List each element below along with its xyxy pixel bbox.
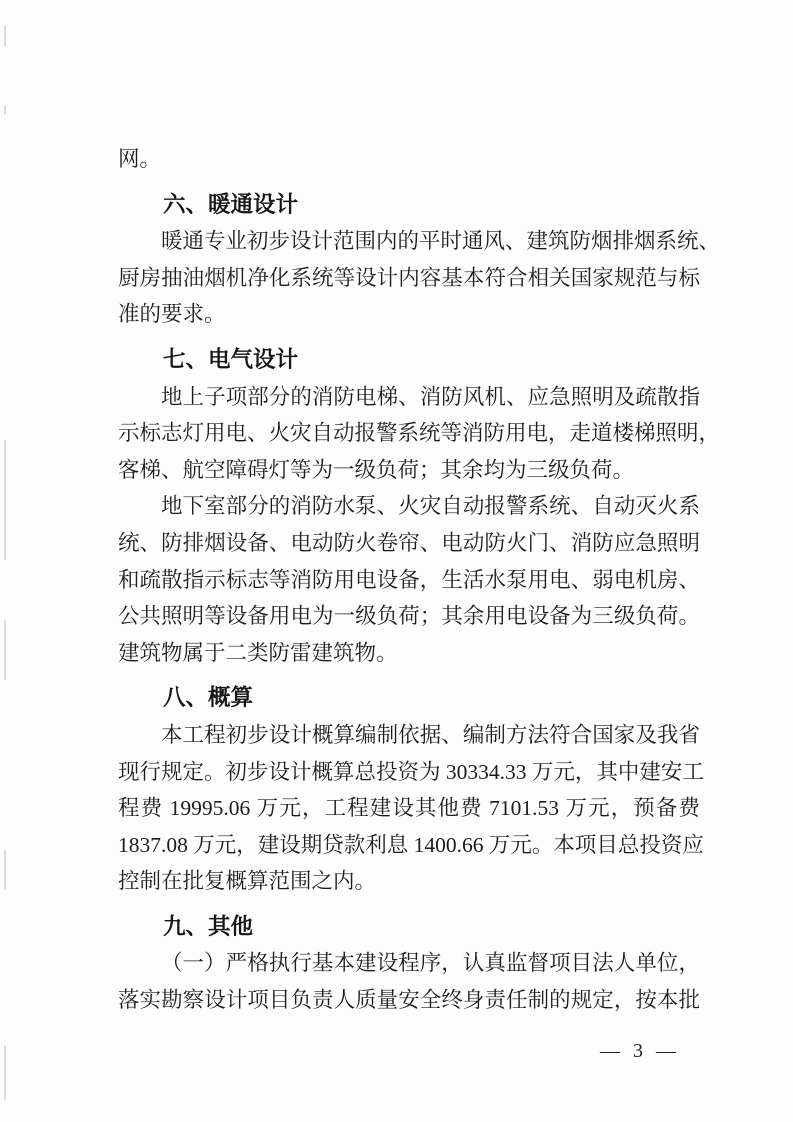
text-content: 网。 六、暖通设计 暖通专业初步设计范围内的平时通风、建筑防烟排烟系统、 厨房抽…	[118, 141, 700, 1019]
text-line: 本工程初步设计概算编制依据、编制方法符合国家及我省	[118, 717, 700, 754]
section-heading-estimate: 八、概算	[118, 680, 700, 717]
scan-artifacts	[4, 10, 8, 1100]
text-line: 1837.08 万元，建设期贷款利息 1400.66 万元。本项目总投资应	[118, 827, 700, 864]
paragraph: （一）严格执行基本建设程序，认真监督项目法人单位， 落实勘察设计项目负责人质量安…	[118, 945, 700, 1018]
text-line: 落实勘察设计项目负责人质量安全终身责任制的规定，按本批	[118, 982, 700, 1019]
text-line: 控制在批复概算范围之内。	[118, 863, 700, 900]
text-line: 程费 19995.06 万元，工程建设其他费 7101.53 万元，预备费	[118, 790, 700, 827]
text-line: 地下室部分的消防水泵、火灾自动报警系统、自动灭火系	[118, 488, 700, 525]
text-line: 统、防排烟设备、电动防火卷帘、电动防火门、消防应急照明	[118, 525, 700, 562]
section-heading-hvac: 六、暖通设计	[118, 187, 700, 224]
text-line: 公共照明等设备用电为一级负荷；其余用电设备为三级负荷。	[118, 598, 700, 635]
text-line: 厨房抽油烟机净化系统等设计内容基本符合相关国家规范与标	[118, 260, 700, 297]
document-page: 网。 六、暖通设计 暖通专业初步设计范围内的平时通风、建筑防烟排烟系统、 厨房抽…	[0, 0, 793, 1122]
text-line: 现行规定。初步设计概算总投资为 30334.33 万元，其中建安工	[118, 754, 700, 791]
continuation-line: 网。	[118, 141, 700, 178]
paragraph: 暖通专业初步设计范围内的平时通风、建筑防烟排烟系统、 厨房抽油烟机净化系统等设计…	[118, 223, 700, 333]
section-heading-electrical: 七、电气设计	[118, 342, 700, 379]
text-line: 客梯、航空障碍灯等为一级负荷；其余均为三级负荷。	[118, 452, 700, 489]
section-heading-others: 九、其他	[118, 909, 700, 946]
paragraph: 本工程初步设计概算编制依据、编制方法符合国家及我省 现行规定。初步设计概算总投资…	[118, 717, 700, 900]
text-line: 地上子项部分的消防电梯、消防风机、应急照明及疏散指	[118, 379, 700, 416]
text-line: 和疏散指示标志等消防用电设备，生活水泵用电、弱电机房、	[118, 562, 700, 599]
text-line: 示标志灯用电、火灾自动报警系统等消防用电，走道楼梯照明，	[118, 415, 700, 452]
paragraph: 地上子项部分的消防电梯、消防风机、应急照明及疏散指 示标志灯用电、火灾自动报警系…	[118, 379, 700, 489]
text-line: （一）严格执行基本建设程序，认真监督项目法人单位，	[118, 945, 700, 982]
text-line: 暖通专业初步设计范围内的平时通风、建筑防烟排烟系统、	[118, 223, 700, 260]
text-line: 建筑物属于二类防雷建筑物。	[118, 635, 700, 672]
paragraph: 地下室部分的消防水泵、火灾自动报警系统、自动灭火系 统、防排烟设备、电动防火卷帘…	[118, 488, 700, 671]
text-line: 准的要求。	[118, 296, 700, 333]
page-number: — 3 —	[600, 1040, 677, 1063]
